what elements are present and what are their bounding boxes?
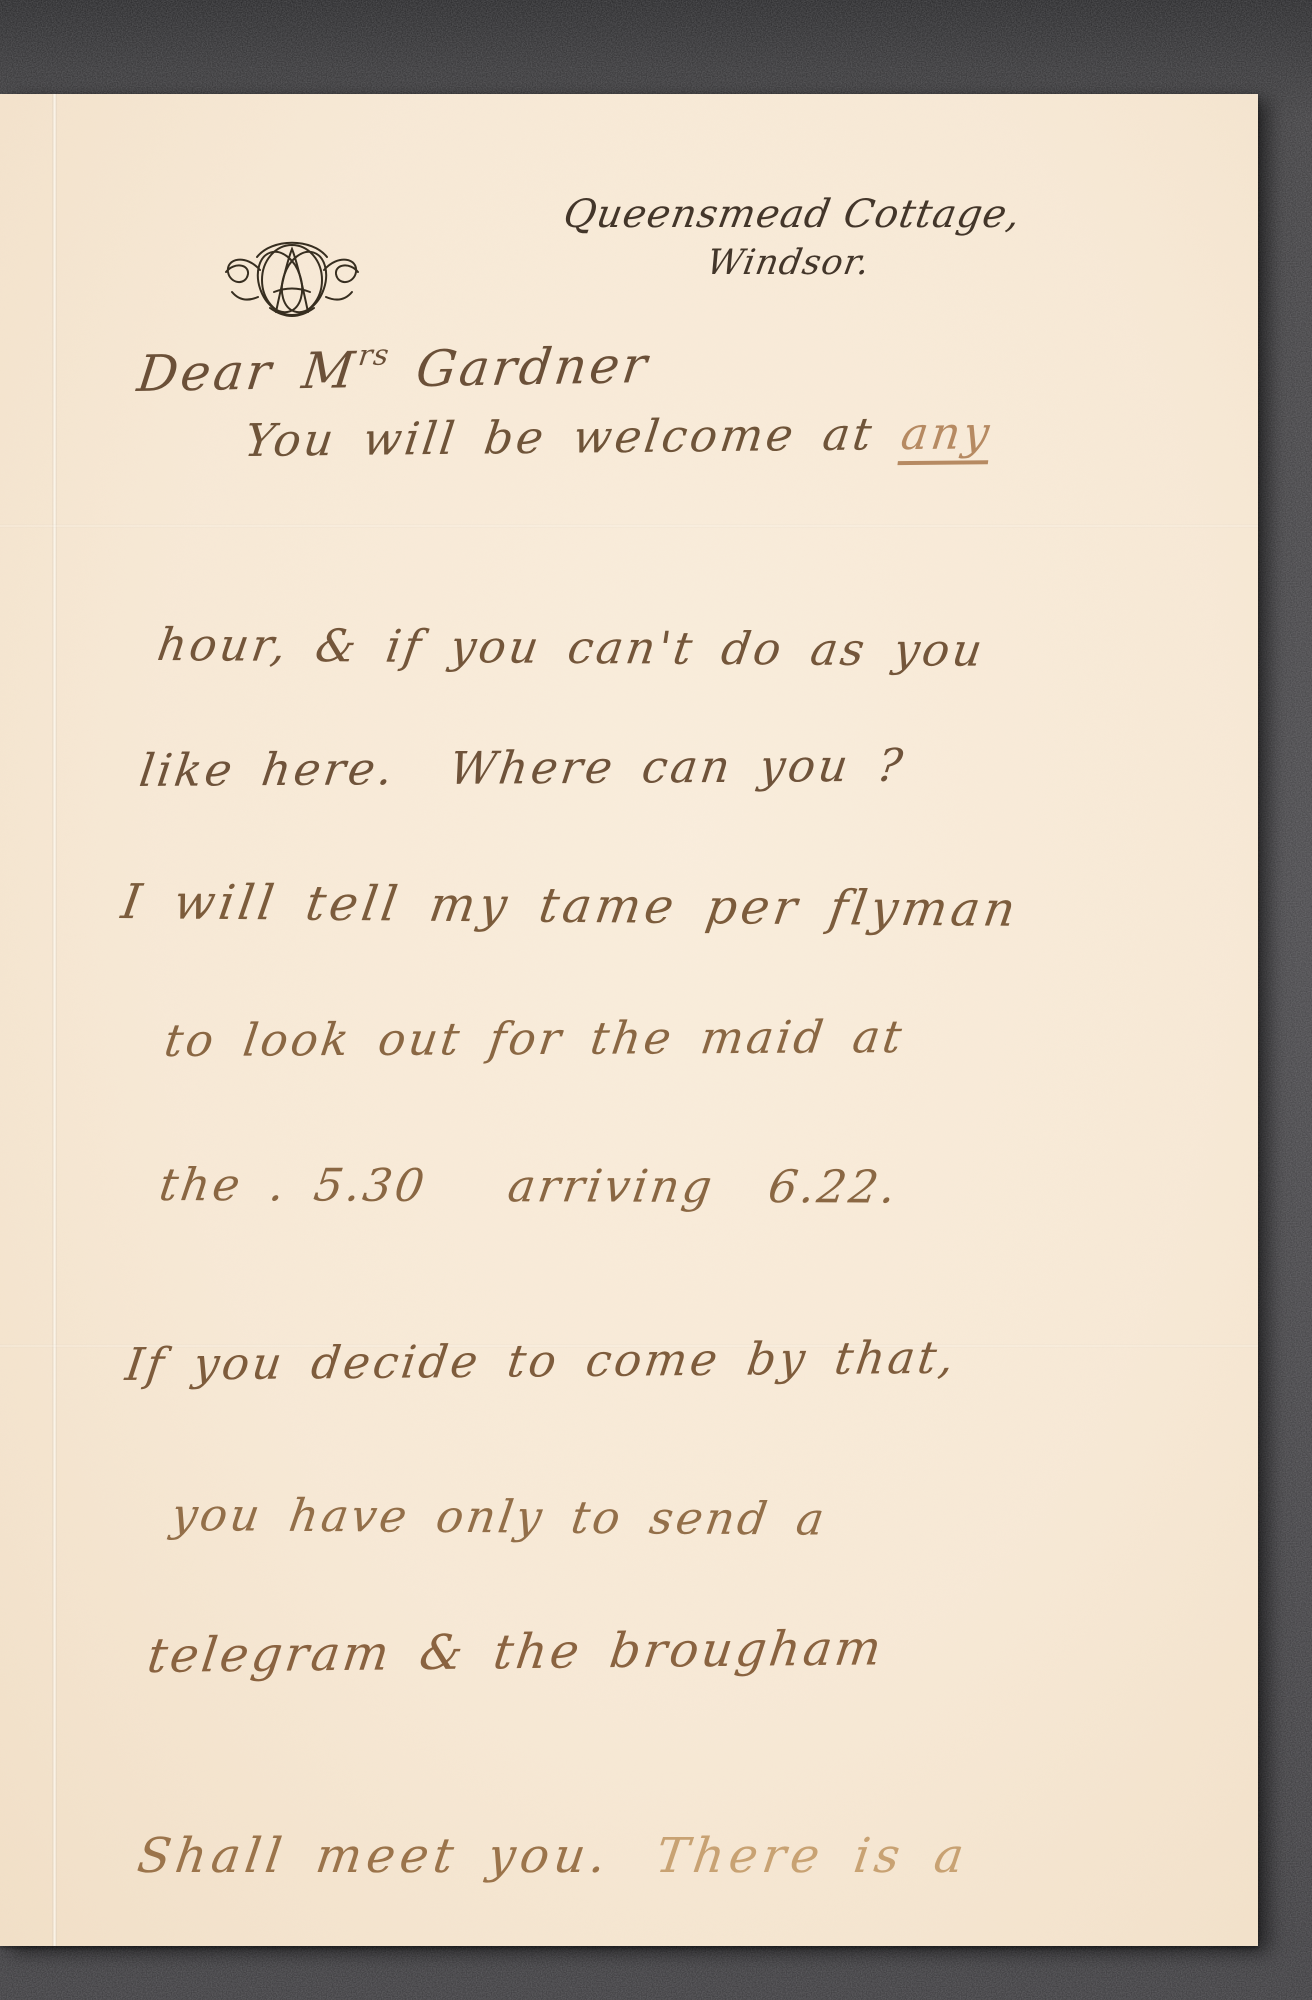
handwritten-line: I will tell my tame per flyman <box>118 874 1023 938</box>
line-text: You will be welcome at <box>242 407 905 467</box>
handwritten-line: the . 5.30 arriving 6.22. <box>156 1158 902 1214</box>
letterhead-line1: Queensmead Cottage, <box>560 192 978 237</box>
handwritten-line: telegram & the brougham <box>144 1620 887 1684</box>
handwritten-line: to look out for the maid at <box>161 1010 907 1067</box>
salutation-superscript: rs <box>357 338 392 373</box>
underlined-word: any <box>898 406 995 460</box>
handwritten-line: hour, & if you can't do as you <box>154 618 988 677</box>
monogram-icon <box>212 232 372 324</box>
handwritten-line: Shall meet you.There is a <box>134 1828 972 1884</box>
handwritten-line: you have only to send a <box>168 1488 830 1546</box>
salutation-line: Dear Mrs Gardner <box>134 333 653 403</box>
salutation-name: Gardner <box>384 336 653 399</box>
handwritten-line: You will be welcome at any <box>242 406 996 467</box>
salutation-prefix: Dear M <box>134 341 360 403</box>
handwritten-line: like here. Where can you ? <box>136 739 908 797</box>
faded-line-text: There is a <box>653 1828 973 1884</box>
handwritten-line: If you decide to come by that, <box>123 1331 960 1391</box>
vertical-fold-crease <box>52 94 57 1946</box>
letter-paper: Queensmead Cottage, Windsor. Dear Mrs Ga… <box>0 94 1258 1946</box>
horizontal-fold-crease <box>0 524 1258 528</box>
letterhead-address: Queensmead Cottage, Windsor. <box>552 192 978 283</box>
line-text: Shall meet you. <box>134 1828 614 1884</box>
letterhead-line2: Windsor. <box>552 243 969 283</box>
